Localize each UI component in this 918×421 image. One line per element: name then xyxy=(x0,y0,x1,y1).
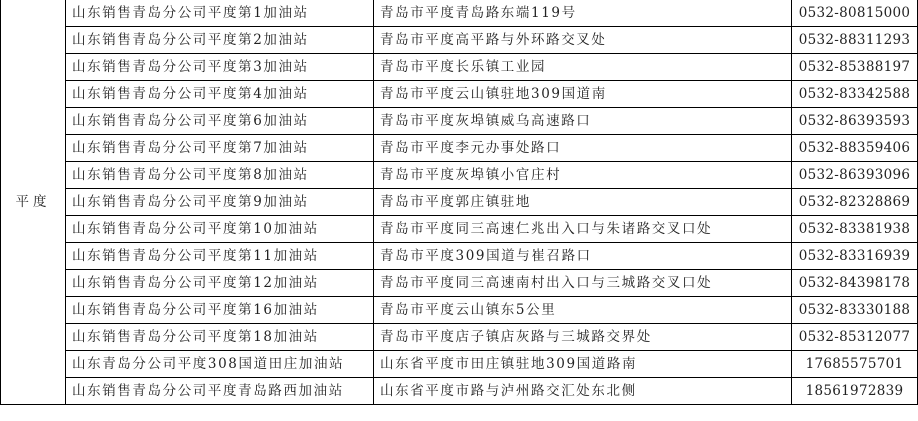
table-row: 山东销售青岛分公司平度第10加油站 青岛市平度同三高速仁兆出入口与朱诸路交叉口处… xyxy=(1,216,918,243)
gas-station-table-container: 平度 山东销售青岛分公司平度第1加油站 青岛市平度青岛路东端119号 0532-… xyxy=(0,0,917,405)
station-phone-cell: 0532-85388197 xyxy=(792,54,918,81)
station-address-cell: 青岛市平度灰埠镇小官庄村 xyxy=(374,162,792,189)
station-address-cell: 青岛市平度店子镇店灰路与三城路交界处 xyxy=(374,324,792,351)
station-address-cell: 青岛市平度云山镇驻地309国道南 xyxy=(374,81,792,108)
station-name-cell: 山东销售青岛分公司平度第16加油站 xyxy=(66,297,374,324)
station-address-cell: 青岛市平度同三高速南村出入口与三城路交叉口处 xyxy=(374,270,792,297)
station-name-cell: 山东销售青岛分公司平度第1加油站 xyxy=(66,0,374,27)
station-name-cell: 山东销售青岛分公司平度第8加油站 xyxy=(66,162,374,189)
table-row: 山东销售青岛分公司平度第12加油站 青岛市平度同三高速南村出入口与三城路交叉口处… xyxy=(1,270,918,297)
station-phone-cell: 0532-83381938 xyxy=(792,216,918,243)
station-name-cell: 山东销售青岛分公司平度第10加油站 xyxy=(66,216,374,243)
table-row: 平度 山东销售青岛分公司平度第1加油站 青岛市平度青岛路东端119号 0532-… xyxy=(1,0,918,27)
station-address-cell: 青岛市平度李元办事处路口 xyxy=(374,135,792,162)
station-address-cell: 青岛市平度灰埠镇威乌高速路口 xyxy=(374,108,792,135)
gas-station-table: 平度 山东销售青岛分公司平度第1加油站 青岛市平度青岛路东端119号 0532-… xyxy=(0,0,918,405)
station-name-cell: 山东销售青岛分公司平度第7加油站 xyxy=(66,135,374,162)
table-row: 山东销售青岛分公司平度第7加油站 青岛市平度李元办事处路口 0532-88359… xyxy=(1,135,918,162)
station-name-cell: 山东青岛分公司平度308国道田庄加油站 xyxy=(66,351,374,378)
table-row: 山东销售青岛分公司平度第16加油站 青岛市平度云山镇东5公里 0532-8333… xyxy=(1,297,918,324)
station-phone-cell: 0532-83330188 xyxy=(792,297,918,324)
station-phone-cell: 0532-83316939 xyxy=(792,243,918,270)
station-phone-cell: 0532-80815000 xyxy=(792,0,918,27)
table-row: 山东销售青岛分公司平度第18加油站 青岛市平度店子镇店灰路与三城路交界处 053… xyxy=(1,324,918,351)
table-row: 山东销售青岛分公司平度第2加油站 青岛市平度高平路与外环路交叉处 0532-88… xyxy=(1,27,918,54)
station-phone-cell: 0532-86393096 xyxy=(792,162,918,189)
station-name-cell: 山东销售青岛分公司平度第11加油站 xyxy=(66,243,374,270)
station-phone-cell: 18561972839 xyxy=(792,378,918,405)
station-name-cell: 山东销售青岛分公司平度第18加油站 xyxy=(66,324,374,351)
station-address-cell: 青岛市平度长乐镇工业园 xyxy=(374,54,792,81)
station-name-cell: 山东销售青岛分公司平度第4加油站 xyxy=(66,81,374,108)
station-name-cell: 山东销售青岛分公司平度第9加油站 xyxy=(66,189,374,216)
station-name-cell: 山东销售青岛分公司平度青岛路西加油站 xyxy=(66,378,374,405)
station-phone-cell: 0532-84398178 xyxy=(792,270,918,297)
station-phone-cell: 0532-83342588 xyxy=(792,81,918,108)
station-phone-cell: 0532-82328869 xyxy=(792,189,918,216)
station-address-cell: 青岛市平度高平路与外环路交叉处 xyxy=(374,27,792,54)
station-name-cell: 山东销售青岛分公司平度第6加油站 xyxy=(66,108,374,135)
table-row: 山东销售青岛分公司平度第6加油站 青岛市平度灰埠镇威乌高速路口 0532-863… xyxy=(1,108,918,135)
station-address-cell: 山东省平度市田庄镇驻地309国道路南 xyxy=(374,351,792,378)
table-row: 山东销售青岛分公司平度第11加油站 青岛市平度309国道与崔召路口 0532-8… xyxy=(1,243,918,270)
station-phone-cell: 0532-88311293 xyxy=(792,27,918,54)
station-phone-cell: 0532-86393593 xyxy=(792,108,918,135)
station-address-cell: 青岛市平度青岛路东端119号 xyxy=(374,0,792,27)
table-row: 山东销售青岛分公司平度青岛路西加油站 山东省平度市路与泸州路交汇处东北侧 185… xyxy=(1,378,918,405)
table-row: 山东销售青岛分公司平度第9加油站 青岛市平度郭庄镇驻地 0532-8232886… xyxy=(1,189,918,216)
station-phone-cell: 0532-88359406 xyxy=(792,135,918,162)
station-address-cell: 青岛市平度郭庄镇驻地 xyxy=(374,189,792,216)
table-row: 山东销售青岛分公司平度第8加油站 青岛市平度灰埠镇小官庄村 0532-86393… xyxy=(1,162,918,189)
station-address-cell: 山东省平度市路与泸州路交汇处东北侧 xyxy=(374,378,792,405)
station-name-cell: 山东销售青岛分公司平度第12加油站 xyxy=(66,270,374,297)
region-cell: 平度 xyxy=(1,0,66,405)
station-name-cell: 山东销售青岛分公司平度第2加油站 xyxy=(66,27,374,54)
table-row: 山东青岛分公司平度308国道田庄加油站 山东省平度市田庄镇驻地309国道路南 1… xyxy=(1,351,918,378)
station-address-cell: 青岛市平度云山镇东5公里 xyxy=(374,297,792,324)
station-address-cell: 青岛市平度同三高速仁兆出入口与朱诸路交叉口处 xyxy=(374,216,792,243)
table-row: 山东销售青岛分公司平度第4加油站 青岛市平度云山镇驻地309国道南 0532-8… xyxy=(1,81,918,108)
station-address-cell: 青岛市平度309国道与崔召路口 xyxy=(374,243,792,270)
station-phone-cell: 0532-85312077 xyxy=(792,324,918,351)
station-phone-cell: 17685575701 xyxy=(792,351,918,378)
station-name-cell: 山东销售青岛分公司平度第3加油站 xyxy=(66,54,374,81)
table-row: 山东销售青岛分公司平度第3加油站 青岛市平度长乐镇工业园 0532-853881… xyxy=(1,54,918,81)
